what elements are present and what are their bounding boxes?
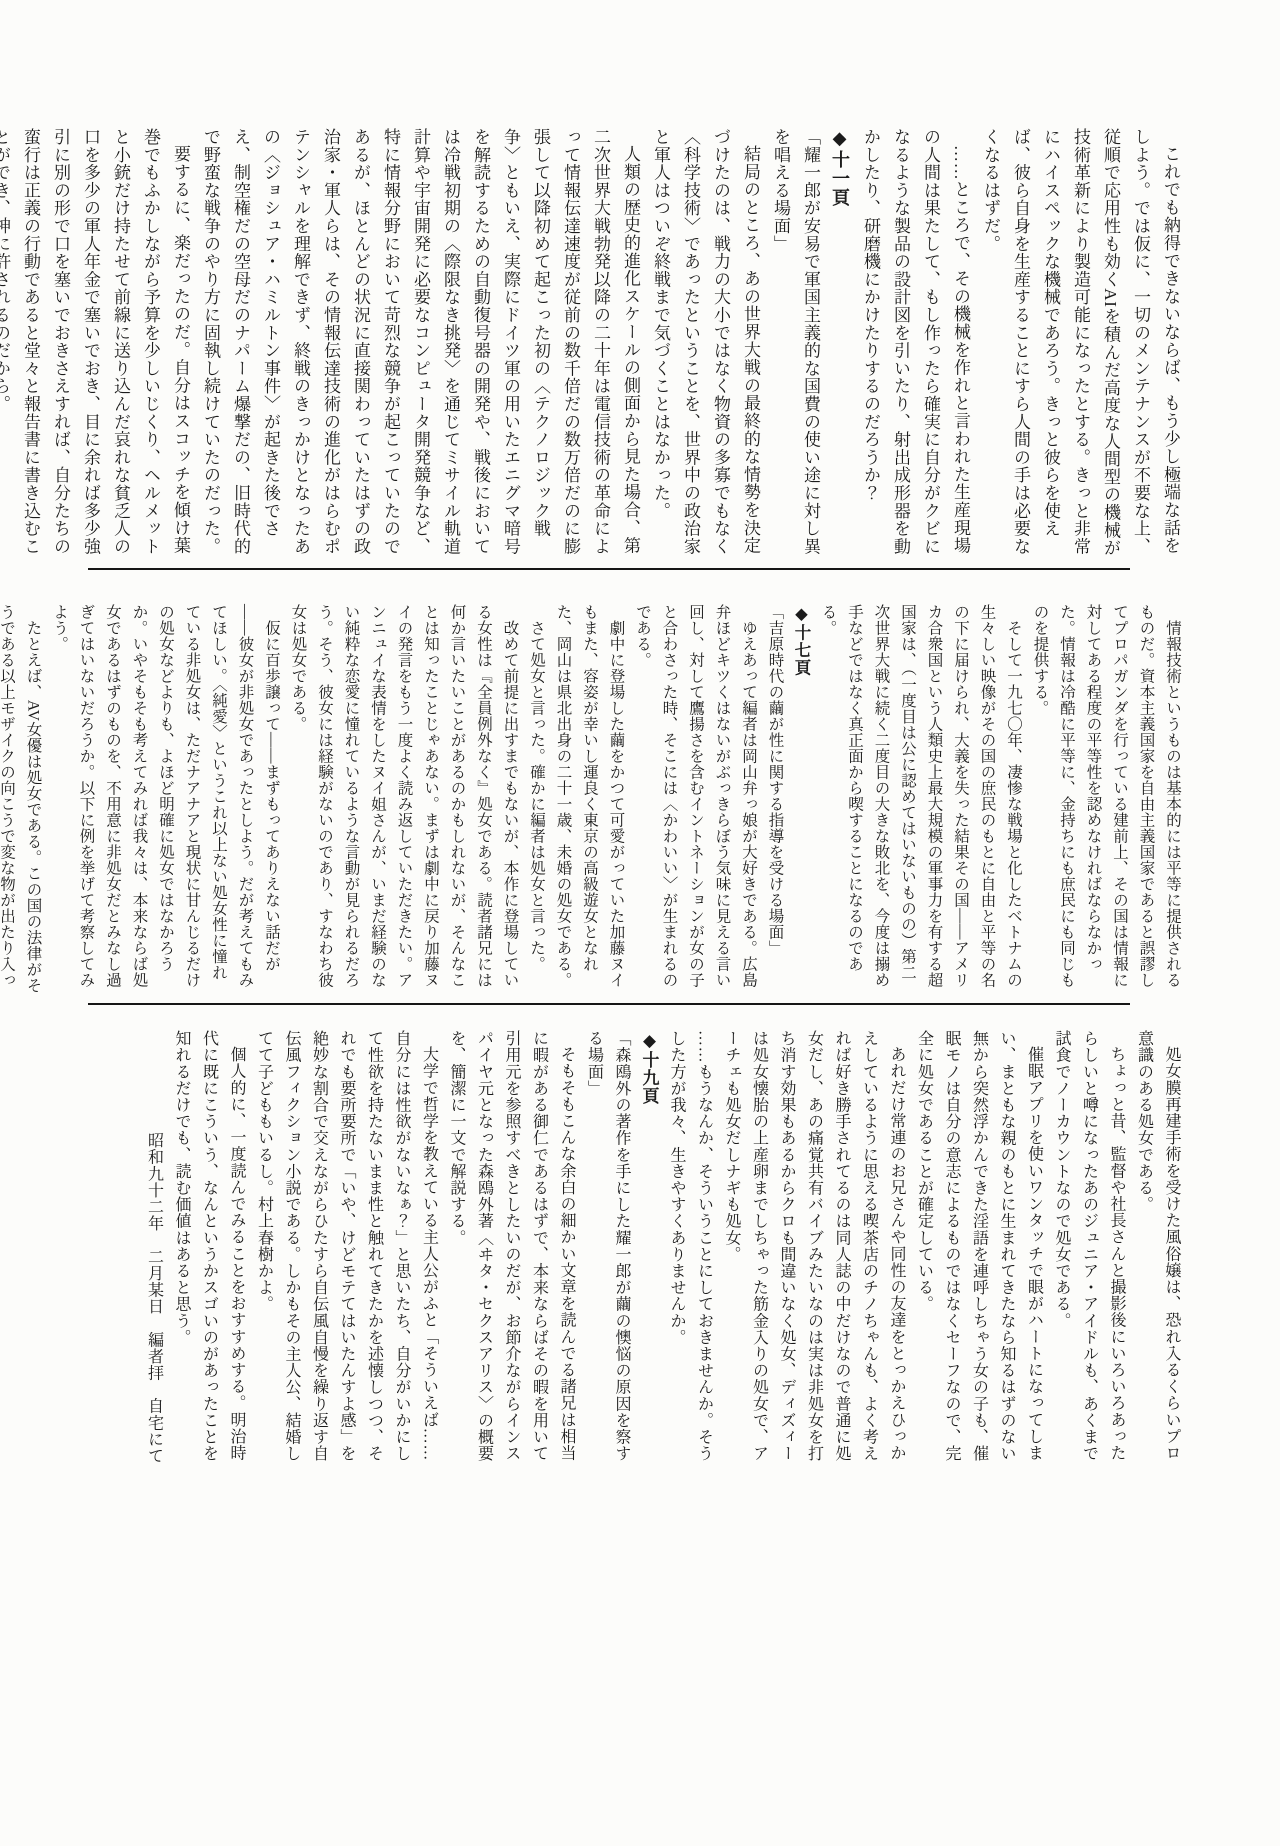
section-divider-top [88,568,1130,570]
paragraph: 要するに、楽だったのだ。自分はスコッチを傾け葉巻でもふかしながら予算を少しいじく… [0,128,195,564]
paragraph: 情報技術というものは基本的には平等に提供されるものだ。資本主義国家を自由主義国家… [1026,604,1185,994]
section-heading: ◆十一頁 [825,128,855,564]
paragraph: 処女膜再建手術を受けた風俗嬢は、恐れ入るくらいプロ意識のある処女である。 [1130,1030,1185,1464]
text-section-page-17: 情報技術というものは基本的には平等に提供されるものだ。資本主義国家を自由主義国家… [80,604,1185,994]
paragraph: 催眠アプリを使いワンタッチで眼がハートになってしまい、まともな親のもとに生まれて… [910,1030,1048,1464]
paragraph: 人類の歴史的進化スケールの側面から見た場合、第二次世界大戦勃発以降の二十年は電信… [195,128,645,564]
paragraph: これでも納得できないならば、もう少し極端な話をしよう。では仮に、一切のメンテナン… [975,128,1185,564]
text-section-page-19: 処女膜再建手術を受けた風俗嬢は、恐れ入るくらいプロ意識のある処女である。ちょっと… [140,1030,1185,1464]
section-heading: ◆十九頁 [635,1030,663,1464]
paragraph: 仮に百歩譲って――まずもってありえない話だが――彼女が非処女であったとしよう。だ… [46,604,285,994]
text-section-page-11: これでも納得できないならば、もう少し極端な話をしよう。では仮に、一切のメンテナン… [80,128,1185,564]
paragraph: 大学で哲学を教えている主人公がふと「そういえば……自分には性欲がないなぁ？」と思… [250,1030,443,1464]
paragraph: あれだけ常連のお兄さんや同性の友達をとっかえひっかえしているように思える喫茶店の… [718,1030,911,1464]
scene-title: 「耀一郎が安易で軍国主義的な国費の使い途に対し異を唱える場面」 [765,128,825,564]
section-divider-bottom [88,1003,1130,1005]
colophon-line: 昭和九十二年 二月某日 編者拝 自宅にて [140,1030,168,1464]
paragraph: そもそもこんな余白の細かい文章を読んでる諸兄は相当に暇がある御仁であるはずで、本… [443,1030,581,1464]
paragraph: たとえば、AV女優は処女である。この国の法律がそうである以上モザイクの向こうで変… [0,604,46,994]
scene-title: 「吉原時代の繭が性に関する指導を受ける場面」 [761,604,788,994]
paragraph: ……ところで、その機械を作れと言われた生産現場の人間は果たして、もし作ったら確実… [855,128,975,564]
paragraph: そして一九七〇年、凄惨な戦場と化したベトナムの生々しい映像がその国の庶民のもとに… [814,604,1026,994]
book-page: これでも納得できないならば、もう少し極端な話をしよう。では仮に、一切のメンテナン… [0,0,1280,1846]
paragraph: 改めて前提に出すまでもないが、本作に登場している女性は『全員例外なく』処女である… [284,604,523,994]
paragraph: 個人的に、一度読んでみることをおすすめする。明治時代に既にこういう、なんというか… [168,1030,251,1464]
section-heading: ◆十七頁 [788,604,815,994]
paragraph: ……もうなんか、そういうことにしておきませんか。そうした方が我々、生きやすくあり… [663,1030,718,1464]
paragraph: さて処女と言った。確かに編者は処女と言った。 [523,604,550,994]
scene-title: 「森鴎外の著作を手にした耀一郎が繭の懊悩の原因を察する場面」 [580,1030,635,1464]
paragraph: ちょっと昔、監督や社長さんと撮影後にいろいろあったらしいと噂になったあのジュニア… [1048,1030,1131,1464]
paragraph: 結局のところ、あの世界大戦の最終的な情勢を決定づけたのは、戦力の大小ではなく物資… [645,128,765,564]
paragraph: 劇中に登場した繭をかつて可愛がっていた加藤ヌイもまた、容姿が幸いし運良く東京の高… [549,604,629,994]
paragraph: ゆえあって編者は岡山弁っ娘が大好きである。広島弁ほどキツくはないがぶっきらぼう気… [629,604,762,994]
